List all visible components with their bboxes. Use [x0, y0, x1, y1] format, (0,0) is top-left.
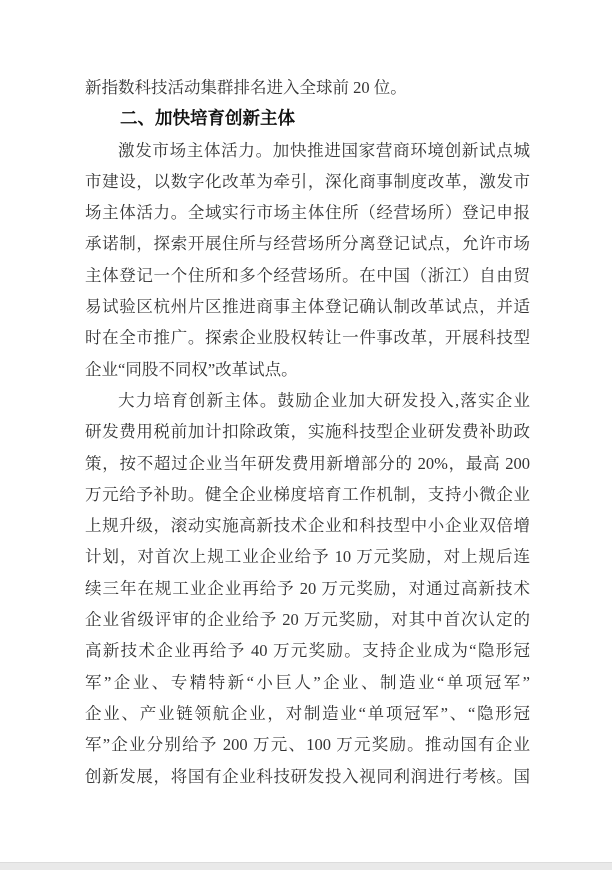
section-heading: 二、加快培育创新主体 [85, 103, 530, 134]
text-line: 新指数科技活动集群排名进入全球前 20 位。 [85, 72, 530, 103]
text-line: 军”企业分别给予 200 万元、100 万元奖励。推动国有企业 [85, 729, 530, 760]
text-line: 创新发展，将国有企业科技研发投入视同利润进行考核。国 [85, 761, 530, 792]
text-line: 万元给予补助。健全企业梯度培育工作机制，支持小微企业 [85, 479, 530, 510]
page-text-block: 新指数科技活动集群排名进入全球前 20 位。 二、加快培育创新主体 激发市场主体… [85, 72, 530, 792]
text-line: 计划，对首次上规工业企业给予 10 万元奖励，对上规后连 [85, 541, 530, 572]
text-line: 上规升级，滚动实施高新技术企业和科技型中小企业双倍增 [85, 510, 530, 541]
text-line: 主体登记一个住所和多个经营场所。在中国（浙江）自由贸 [85, 260, 530, 291]
page-gap-strip [0, 862, 612, 870]
document-page: 新指数科技活动集群排名进入全球前 20 位。 二、加快培育创新主体 激发市场主体… [0, 0, 612, 862]
text-line: 高新技术企业再给予 40 万元奖励。支持企业成为“隐形冠 [85, 635, 530, 666]
text-line: 企业省级评审的企业给予 20 万元奖励，对其中首次认定的 [85, 604, 530, 635]
text-line: 续三年在规工业企业再给予 20 万元奖励，对通过高新技术 [85, 573, 530, 604]
text-line: 企业、产业链领航企业，对制造业“单项冠军”、“隐形冠 [85, 698, 530, 729]
text-line: 企业“同股不同权”改革试点。 [85, 354, 530, 385]
text-line: 策，按不超过企业当年研发费用新增部分的 20%，最高 200 [85, 448, 530, 479]
text-line: 激发市场主体活力。加快推进国家营商环境创新试点城 [85, 135, 530, 166]
text-line: 大力培育创新主体。鼓励企业加大研发投入,落实企业 [85, 385, 530, 416]
text-line: 军”企业、专精特新“小巨人”企业、制造业“单项冠军” [85, 667, 530, 698]
text-line: 市建设，以数字化改革为牵引，深化商事制度改革，激发市 [85, 166, 530, 197]
text-line: 易试验区杭州片区推进商事主体登记确认制改革试点，并适 [85, 291, 530, 322]
document-viewer: { "theme": { "page_bg": "#ffffff", "text… [0, 0, 612, 870]
text-line: 场主体活力。全域实行市场主体住所（经营场所）登记申报 [85, 197, 530, 228]
text-line: 研发费用税前加计扣除政策，实施科技型企业研发费补助政 [85, 416, 530, 447]
text-line: 承诺制，探索开展住所与经营场所分离登记试点，允许市场 [85, 228, 530, 259]
text-line: 时在全市推广。探索企业股权转让一件事改革，开展科技型 [85, 322, 530, 353]
